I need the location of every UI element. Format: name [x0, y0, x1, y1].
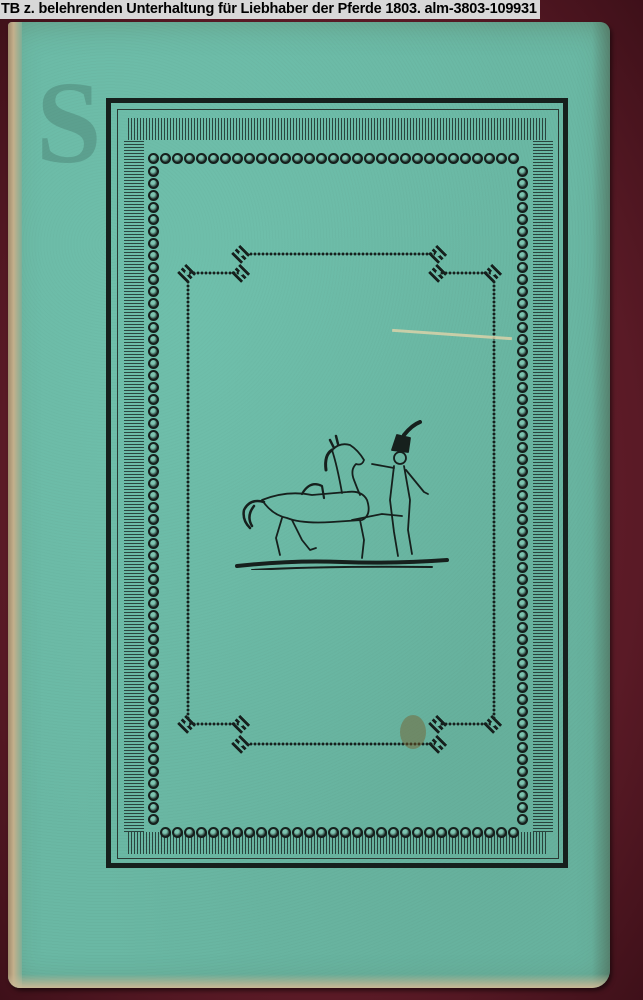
bead-ornament: [376, 153, 387, 164]
bead-ornament: [517, 646, 528, 657]
bead-ornament: [517, 730, 528, 741]
bead-ornament: [172, 827, 183, 838]
horse-rider-vignette: [232, 420, 452, 570]
bead-ornament: [517, 586, 528, 597]
bead-ornament: [517, 538, 528, 549]
bead-ornament: [517, 802, 528, 813]
bead-ornament: [517, 814, 528, 825]
bead-ornament: [148, 742, 159, 753]
bead-ornament: [172, 153, 183, 164]
image-caption: TB z. belehrenden Unterhaltung für Liebh…: [0, 0, 540, 19]
bead-ornament: [436, 827, 447, 838]
bead-ornament: [517, 382, 528, 393]
bead-ornament: [517, 562, 528, 573]
bead-ornament: [517, 598, 528, 609]
bead-ornament: [517, 478, 528, 489]
bead-ornament: [517, 514, 528, 525]
bead-ornament: [148, 502, 159, 513]
bead-ornament: [148, 814, 159, 825]
bead-ornament: [517, 286, 528, 297]
bead-ornament: [517, 778, 528, 789]
bead-ornament: [517, 790, 528, 801]
bead-ornament: [148, 286, 159, 297]
bead-ornament: [148, 382, 159, 393]
bead-ornament: [268, 827, 279, 838]
bead-ornament: [517, 610, 528, 621]
bead-ornament: [424, 827, 435, 838]
bead-ornament: [328, 153, 339, 164]
bead-ornament: [280, 827, 291, 838]
bead-ornament: [472, 827, 483, 838]
bead-ornament: [376, 827, 387, 838]
bead-ornament: [517, 238, 528, 249]
bead-ornament: [496, 827, 507, 838]
bead-ornament: [517, 454, 528, 465]
bead-ornament: [148, 778, 159, 789]
bead-ornament: [400, 153, 411, 164]
bead-ornament: [517, 334, 528, 345]
bead-ornament: [472, 153, 483, 164]
bead-ornament: [268, 153, 279, 164]
bead-ornament: [496, 153, 507, 164]
bead-ornament: [148, 514, 159, 525]
bead-ornament: [517, 574, 528, 585]
bead-ornament: [364, 827, 375, 838]
bead-ornament: [160, 153, 171, 164]
bead-ornament: [517, 322, 528, 333]
bead-ornament: [148, 370, 159, 381]
bead-ornament: [184, 153, 195, 164]
dotline-left: [185, 280, 191, 718]
bead-ornament: [148, 406, 159, 417]
bead-ornament: [517, 202, 528, 213]
bead-ornament: [517, 346, 528, 357]
bead-ornament: [148, 226, 159, 237]
bead-ornament: [517, 682, 528, 693]
bead-ornament: [208, 827, 219, 838]
bead-ornament: [148, 634, 159, 645]
dotline-right: [491, 280, 497, 718]
bead-column-right: [517, 166, 528, 825]
bead-ornament: [304, 827, 315, 838]
bead-ornament: [148, 562, 159, 573]
bead-ornament: [148, 526, 159, 537]
bead-ornament: [436, 153, 447, 164]
bead-ornament: [517, 442, 528, 453]
bead-ornament: [517, 658, 528, 669]
bead-ornament: [352, 153, 363, 164]
bead-ornament: [148, 646, 159, 657]
cover-right-edge: [592, 22, 610, 988]
bead-ornament: [517, 274, 528, 285]
bead-ornament: [400, 827, 411, 838]
bead-ornament: [448, 827, 459, 838]
stamp-letter: S: [36, 64, 102, 182]
bead-ornament: [517, 214, 528, 225]
bead-ornament: [517, 766, 528, 777]
bead-ornament: [208, 153, 219, 164]
bead-ornament: [148, 394, 159, 405]
bead-ornament: [148, 718, 159, 729]
bead-ornament: [517, 526, 528, 537]
bead-ornament: [517, 370, 528, 381]
book-spine-edge: [8, 22, 22, 988]
bead-ornament: [304, 153, 315, 164]
bead-ornament: [517, 634, 528, 645]
bead-ornament: [196, 153, 207, 164]
bead-ornament: [517, 430, 528, 441]
bead-ornament: [148, 610, 159, 621]
bead-ornament: [148, 214, 159, 225]
bead-ornament: [484, 153, 495, 164]
bead-ornament: [484, 827, 495, 838]
bead-ornament: [148, 418, 159, 429]
bead-ornament: [340, 827, 351, 838]
stain-spot: [400, 715, 426, 749]
bead-ornament: [148, 358, 159, 369]
bead-ornament: [148, 442, 159, 453]
bead-ornament: [148, 478, 159, 489]
bead-ornament: [517, 466, 528, 477]
dotline-top-long: [245, 251, 435, 257]
bead-ornament: [148, 178, 159, 189]
bead-ornament: [292, 153, 303, 164]
bead-ornament: [517, 406, 528, 417]
bead-ornament: [148, 274, 159, 285]
bead-ornament: [517, 742, 528, 753]
bead-ornament: [148, 706, 159, 717]
bead-ornament: [232, 153, 243, 164]
bead-ornament: [517, 694, 528, 705]
bead-ornament: [460, 153, 471, 164]
bead-ornament: [148, 622, 159, 633]
bead-ornament: [148, 166, 159, 177]
bead-ornament: [517, 310, 528, 321]
bead-ornament: [184, 827, 195, 838]
bead-ornament: [517, 490, 528, 501]
bead-ornament: [328, 827, 339, 838]
bead-ornament: [160, 827, 171, 838]
bead-ornament: [517, 550, 528, 561]
bead-ornament: [148, 802, 159, 813]
hatch-band-right: [533, 140, 553, 832]
bead-ornament: [148, 586, 159, 597]
bead-ornament: [517, 502, 528, 513]
bead-ornament: [517, 178, 528, 189]
bead-ornament: [148, 538, 159, 549]
bead-ornament: [148, 153, 159, 164]
bead-ornament: [148, 754, 159, 765]
bead-ornament: [220, 153, 231, 164]
bead-ornament: [148, 466, 159, 477]
bead-ornament: [148, 766, 159, 777]
bead-ornament: [517, 718, 528, 729]
bead-ornament: [148, 322, 159, 333]
bead-row-bottom: [160, 827, 519, 838]
bead-ornament: [244, 153, 255, 164]
bead-ornament: [148, 310, 159, 321]
bead-row-top: [148, 153, 519, 164]
bead-ornament: [316, 153, 327, 164]
hatch-band-left: [124, 140, 144, 832]
bead-ornament: [148, 490, 159, 501]
bead-ornament: [148, 298, 159, 309]
bead-ornament: [388, 153, 399, 164]
bead-ornament: [412, 153, 423, 164]
bead-ornament: [148, 334, 159, 345]
bead-ornament: [508, 827, 519, 838]
bead-ornament: [148, 694, 159, 705]
bead-ornament: [148, 262, 159, 273]
bead-ornament: [364, 153, 375, 164]
bead-column-left: [148, 166, 159, 825]
bead-ornament: [517, 250, 528, 261]
bead-ornament: [412, 827, 423, 838]
bead-ornament: [148, 790, 159, 801]
hatch-band-top: [128, 118, 546, 140]
bead-ornament: [148, 658, 159, 669]
bead-ornament: [424, 153, 435, 164]
bead-ornament: [256, 827, 267, 838]
bead-ornament: [148, 730, 159, 741]
bead-ornament: [517, 706, 528, 717]
bead-ornament: [517, 298, 528, 309]
bead-ornament: [148, 250, 159, 261]
bead-ornament: [517, 190, 528, 201]
bead-ornament: [388, 827, 399, 838]
bead-ornament: [280, 153, 291, 164]
bead-ornament: [517, 226, 528, 237]
bead-ornament: [517, 670, 528, 681]
bead-ornament: [148, 574, 159, 585]
bead-ornament: [316, 827, 327, 838]
bead-ornament: [148, 598, 159, 609]
bead-ornament: [148, 454, 159, 465]
bead-ornament: [292, 827, 303, 838]
bead-ornament: [517, 358, 528, 369]
bead-ornament: [517, 418, 528, 429]
bead-ornament: [508, 153, 519, 164]
bead-ornament: [517, 622, 528, 633]
bead-ornament: [148, 202, 159, 213]
bead-ornament: [148, 550, 159, 561]
bead-ornament: [460, 827, 471, 838]
bead-ornament: [148, 238, 159, 249]
bead-ornament: [220, 827, 231, 838]
bead-ornament: [517, 166, 528, 177]
bead-ornament: [448, 153, 459, 164]
bead-ornament: [352, 827, 363, 838]
bead-ornament: [517, 394, 528, 405]
bead-ornament: [148, 430, 159, 441]
bead-ornament: [244, 827, 255, 838]
bead-ornament: [148, 346, 159, 357]
bead-ornament: [340, 153, 351, 164]
bead-ornament: [196, 827, 207, 838]
bead-ornament: [517, 262, 528, 273]
bead-ornament: [517, 754, 528, 765]
bead-ornament: [232, 827, 243, 838]
bead-ornament: [256, 153, 267, 164]
cover-bottom-edge: [8, 974, 610, 988]
bead-ornament: [148, 190, 159, 201]
bead-ornament: [148, 670, 159, 681]
bead-ornament: [148, 682, 159, 693]
